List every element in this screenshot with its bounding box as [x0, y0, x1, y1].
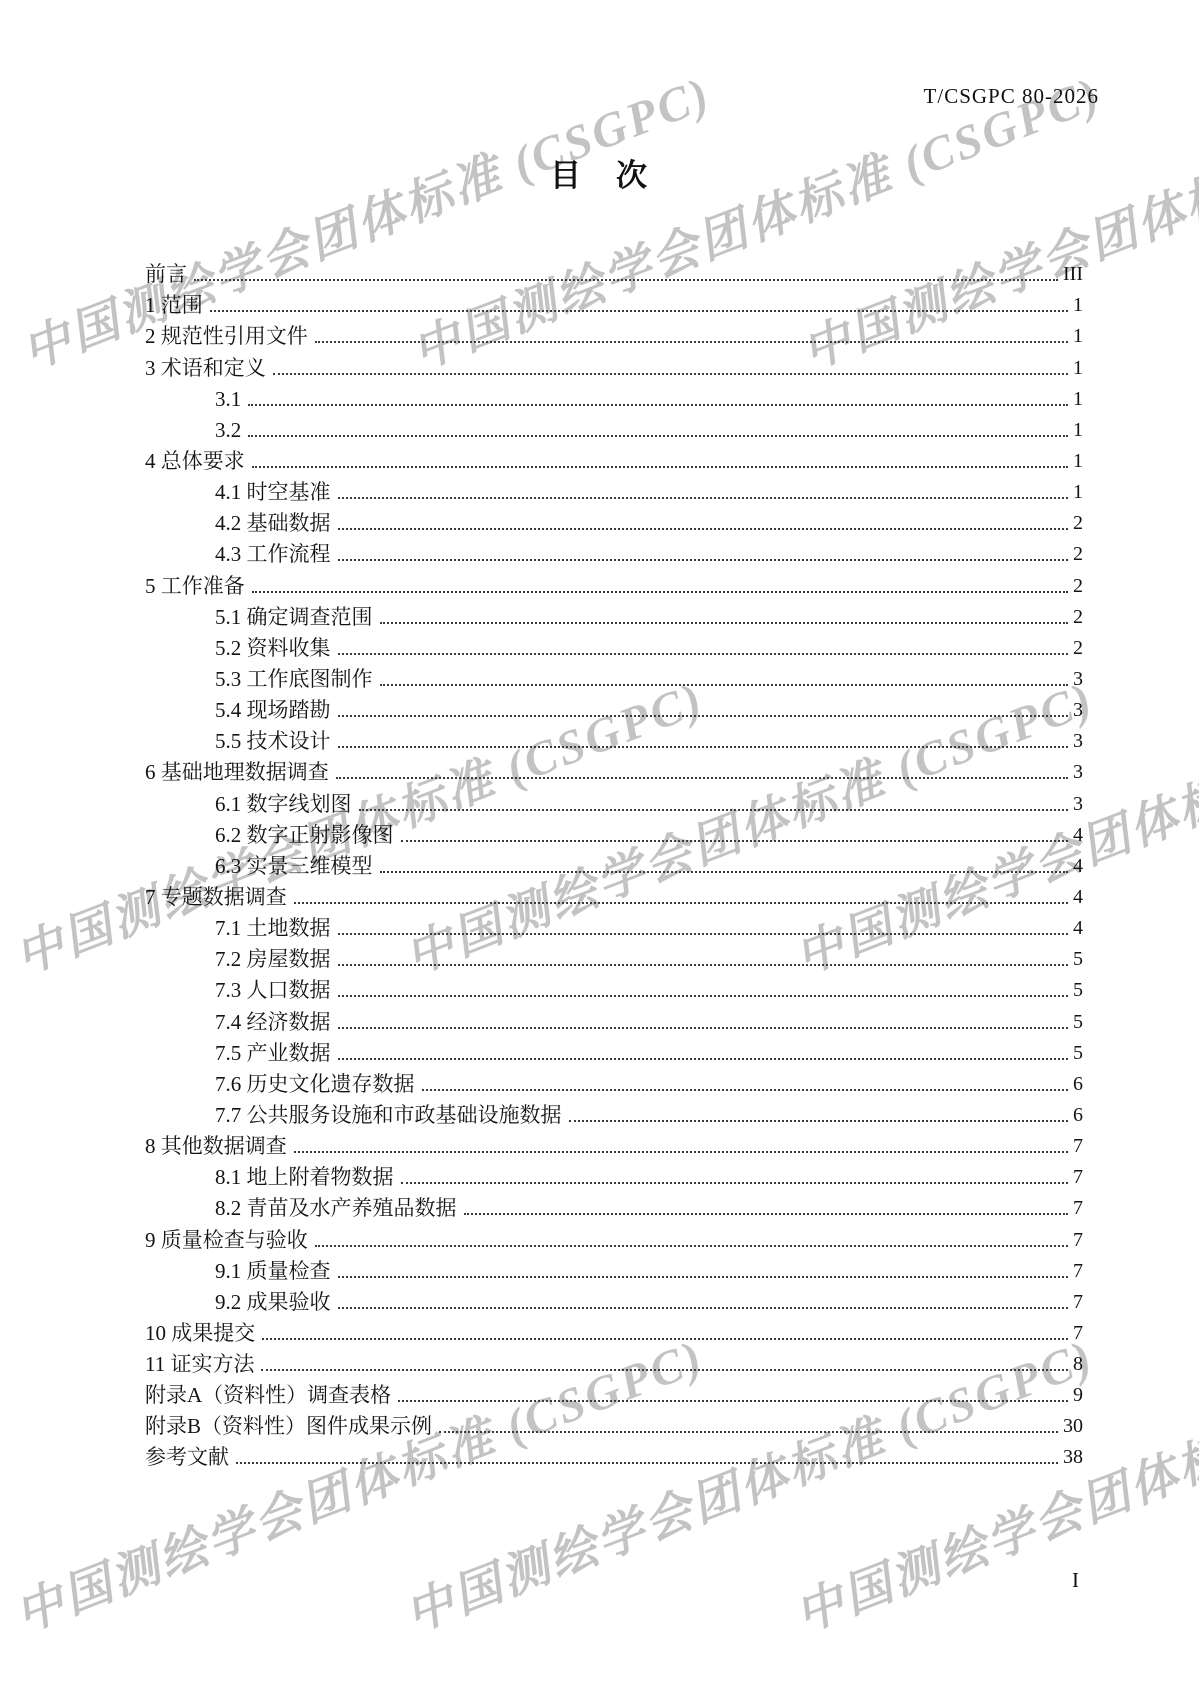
toc-entry-page: 2 [1073, 541, 1083, 567]
toc-entry-page: 4 [1073, 884, 1083, 910]
toc-entry: 10 成果提交7 [145, 1315, 1083, 1346]
toc-entry-page: 38 [1063, 1444, 1083, 1470]
toc-entry-label: 附录B（资料性）图件成果示例 [145, 1413, 432, 1439]
toc-entry-label: 7.5 产业数据 [215, 1040, 331, 1066]
toc-entry: 5.5 技术设计3 [145, 723, 1083, 754]
toc-entry-label: 9 质量检查与验收 [145, 1227, 308, 1253]
toc-entry-label: 11 证实方法 [145, 1351, 254, 1377]
toc-entry-page: 2 [1073, 604, 1083, 630]
toc-entry-label: 7 专题数据调查 [145, 884, 287, 910]
toc-entry: 1 范围1 [145, 287, 1083, 318]
toc-entry-page: 3 [1073, 666, 1083, 692]
toc-entry: 7.7 公共服务设施和市政基础设施数据6 [145, 1097, 1083, 1128]
toc-entry: 6.2 数字正射影像图4 [145, 817, 1083, 848]
toc-entry-page: 1 [1073, 386, 1083, 412]
toc-entry-page: III [1063, 261, 1083, 287]
dot-leader [464, 1213, 1069, 1215]
toc-entry-label: 7.2 房屋数据 [215, 946, 331, 972]
toc-entry: 参考文献38 [145, 1439, 1083, 1470]
dot-leader [248, 435, 1068, 437]
dot-leader [338, 933, 1069, 935]
dot-leader [194, 279, 1058, 281]
dot-leader [294, 902, 1068, 904]
toc-entry-label: 5.2 资料收集 [215, 635, 331, 661]
toc-entry: 6.3 实景三维模型4 [145, 848, 1083, 879]
dot-leader [261, 1369, 1068, 1371]
toc-entry: 4.3 工作流程2 [145, 536, 1083, 567]
toc-entry-label: 7.7 公共服务设施和市政基础设施数据 [215, 1102, 562, 1128]
toc-entry-page: 3 [1073, 697, 1083, 723]
toc-entry-page: 7 [1073, 1320, 1083, 1346]
toc-entry-label: 附录A（资料性）调查表格 [145, 1382, 391, 1408]
toc-entry: 9 质量检查与验收7 [145, 1221, 1083, 1252]
toc-entry: 7.3 人口数据5 [145, 972, 1083, 1003]
toc-entry-label: 3 术语和定义 [145, 355, 266, 381]
toc-entry: 前言III [145, 256, 1083, 287]
dot-leader [210, 310, 1068, 312]
dot-leader [569, 1120, 1069, 1122]
toc-entry-label: 10 成果提交 [145, 1320, 255, 1346]
dot-leader [380, 622, 1069, 624]
toc-entry-label: 9.2 成果验收 [215, 1289, 331, 1315]
toc-entry-page: 3 [1073, 791, 1083, 817]
toc-entry: 5 工作准备2 [145, 567, 1083, 598]
toc-entry-label: 3.2 [215, 417, 241, 443]
toc-entry-label: 7.1 土地数据 [215, 915, 331, 941]
toc-entry-page: 8 [1073, 1351, 1083, 1377]
toc-entry-label: 6.1 数字线划图 [215, 791, 352, 817]
toc-entry-page: 1 [1073, 479, 1083, 505]
toc-entry: 11 证实方法8 [145, 1346, 1083, 1377]
toc-entry-page: 2 [1073, 573, 1083, 599]
toc-entry-label: 2 规范性引用文件 [145, 323, 308, 349]
toc-entry-label: 前言 [145, 261, 187, 287]
toc-entry-page: 6 [1073, 1071, 1083, 1097]
toc-entry-label: 5.4 现场踏勘 [215, 697, 331, 723]
toc-entry-page: 2 [1073, 510, 1083, 536]
toc-entry-label: 8.1 地上附着物数据 [215, 1164, 394, 1190]
toc-entry: 5.1 确定调查范围2 [145, 599, 1083, 630]
dot-leader [338, 528, 1069, 530]
dot-leader [338, 746, 1069, 748]
toc-entry-page: 7 [1073, 1258, 1083, 1284]
toc-entry-page: 4 [1073, 822, 1083, 848]
toc-entry: 3 术语和定义1 [145, 349, 1083, 380]
toc-entry-label: 7.6 历史文化遗存数据 [215, 1071, 415, 1097]
toc-entry-label: 5 工作准备 [145, 573, 245, 599]
toc-entry-page: 5 [1073, 1040, 1083, 1066]
toc-entry-page: 1 [1073, 417, 1083, 443]
toc-entry: 7.5 产业数据5 [145, 1035, 1083, 1066]
toc-entry: 8 其他数据调查7 [145, 1128, 1083, 1159]
page-content: T/CSGPC 80-2026 目 次 前言III1 范围12 规范性引用文件1… [0, 0, 1199, 1696]
toc-entry-label: 8 其他数据调查 [145, 1133, 287, 1159]
toc-entry-page: 5 [1073, 1009, 1083, 1035]
dot-leader [338, 1058, 1069, 1060]
toc-entry: 6 基础地理数据调查3 [145, 754, 1083, 785]
toc-entry-page: 1 [1073, 355, 1083, 381]
toc-entry-page: 4 [1073, 853, 1083, 879]
dot-leader [248, 404, 1068, 406]
toc-entry-page: 5 [1073, 977, 1083, 1003]
dot-leader [338, 1276, 1069, 1278]
toc-entry-page: 6 [1073, 1102, 1083, 1128]
toc-entry: 5.2 资料收集2 [145, 630, 1083, 661]
dot-leader [338, 653, 1069, 655]
toc-entry: 2 规范性引用文件1 [145, 318, 1083, 349]
toc-entry-label: 4.1 时空基准 [215, 479, 331, 505]
toc-entry: 7.1 土地数据4 [145, 910, 1083, 941]
dot-leader [273, 373, 1068, 375]
toc-entry-label: 6 基础地理数据调查 [145, 759, 329, 785]
toc-entry-page: 1 [1073, 448, 1083, 474]
dot-leader [294, 1151, 1068, 1153]
toc-entry: 6.1 数字线划图3 [145, 785, 1083, 816]
toc-entry-page: 30 [1063, 1413, 1083, 1439]
toc-entry-page: 2 [1073, 635, 1083, 661]
toc-entry-page: 9 [1073, 1382, 1083, 1408]
toc-entry-page: 7 [1073, 1133, 1083, 1159]
toc-entry-label: 4.2 基础数据 [215, 510, 331, 536]
toc-entry-label: 5.1 确定调查范围 [215, 604, 373, 630]
toc-entry: 8.1 地上附着物数据7 [145, 1159, 1083, 1190]
dot-leader [338, 497, 1069, 499]
toc-entry-page: 1 [1073, 292, 1083, 318]
toc-entry-page: 7 [1073, 1164, 1083, 1190]
dot-leader [359, 809, 1069, 811]
document-page: 中国测绘学会团体标准 (CSGPC)中国测绘学会团体标准 (CSGPC)中国测绘… [0, 0, 1199, 1696]
toc-entry: 4.1 时空基准1 [145, 474, 1083, 505]
toc-entry-page: 3 [1073, 759, 1083, 785]
toc-entry-label: 7.3 人口数据 [215, 977, 331, 1003]
toc-entry-label: 4 总体要求 [145, 448, 245, 474]
toc-entry-label: 9.1 质量检查 [215, 1258, 331, 1284]
dot-leader [439, 1431, 1058, 1433]
dot-leader [338, 995, 1069, 997]
toc-entry-page: 7 [1073, 1195, 1083, 1221]
toc-entry-label: 1 范围 [145, 292, 203, 318]
dot-leader [338, 964, 1069, 966]
toc-entry-page: 3 [1073, 728, 1083, 754]
toc-entry: 附录A（资料性）调查表格9 [145, 1377, 1083, 1408]
standard-code: T/CSGPC 80-2026 [924, 84, 1099, 109]
page-title: 目 次 [0, 150, 1199, 195]
toc-entry-label: 参考文献 [145, 1444, 229, 1470]
toc-entry-label: 5.3 工作底图制作 [215, 666, 373, 692]
toc-entry-page: 7 [1073, 1289, 1083, 1315]
dot-leader [401, 1182, 1069, 1184]
toc-entry-label: 8.2 青苗及水产养殖品数据 [215, 1195, 457, 1221]
toc-entry: 3.21 [145, 412, 1083, 443]
toc-entry-page: 1 [1073, 323, 1083, 349]
dot-leader [338, 559, 1069, 561]
dot-leader [338, 715, 1069, 717]
dot-leader [338, 1307, 1069, 1309]
toc-entry-label: 7.4 经济数据 [215, 1009, 331, 1035]
dot-leader [422, 1089, 1069, 1091]
toc-entry-page: 7 [1073, 1227, 1083, 1253]
toc-entry: 4 总体要求1 [145, 443, 1083, 474]
toc-entry-page: 5 [1073, 946, 1083, 972]
dot-leader [252, 466, 1068, 468]
dot-leader [315, 341, 1068, 343]
toc-entry-label: 6.2 数字正射影像图 [215, 822, 394, 848]
dot-leader [336, 777, 1068, 779]
dot-leader [262, 1338, 1068, 1340]
toc-entry-label: 4.3 工作流程 [215, 541, 331, 567]
toc-entry-label: 3.1 [215, 386, 241, 412]
toc-list: 前言III1 范围12 规范性引用文件13 术语和定义13.113.214 总体… [145, 256, 1083, 1470]
toc-entry: 附录B（资料性）图件成果示例30 [145, 1408, 1083, 1439]
dot-leader [236, 1462, 1058, 1464]
toc-entry-label: 5.5 技术设计 [215, 728, 331, 754]
toc-entry: 5.4 现场踏勘3 [145, 692, 1083, 723]
dot-leader [398, 1400, 1068, 1402]
dot-leader [252, 591, 1068, 593]
toc-entry: 7 专题数据调查4 [145, 879, 1083, 910]
dot-leader [315, 1245, 1068, 1247]
toc-entry: 7.6 历史文化遗存数据6 [145, 1066, 1083, 1097]
toc-entry: 8.2 青苗及水产养殖品数据7 [145, 1190, 1083, 1221]
toc-entry: 3.11 [145, 381, 1083, 412]
toc-entry: 9.1 质量检查7 [145, 1253, 1083, 1284]
dot-leader [338, 1027, 1069, 1029]
toc-entry: 5.3 工作底图制作3 [145, 661, 1083, 692]
toc-entry: 7.2 房屋数据5 [145, 941, 1083, 972]
dot-leader [401, 840, 1069, 842]
footer-page-number: I [1072, 1568, 1079, 1593]
toc-entry-label: 6.3 实景三维模型 [215, 853, 373, 879]
dot-leader [380, 684, 1069, 686]
toc-entry: 7.4 经济数据5 [145, 1003, 1083, 1034]
toc-entry-page: 4 [1073, 915, 1083, 941]
toc-entry: 9.2 成果验收7 [145, 1284, 1083, 1315]
toc-entry: 4.2 基础数据2 [145, 505, 1083, 536]
dot-leader [380, 871, 1069, 873]
